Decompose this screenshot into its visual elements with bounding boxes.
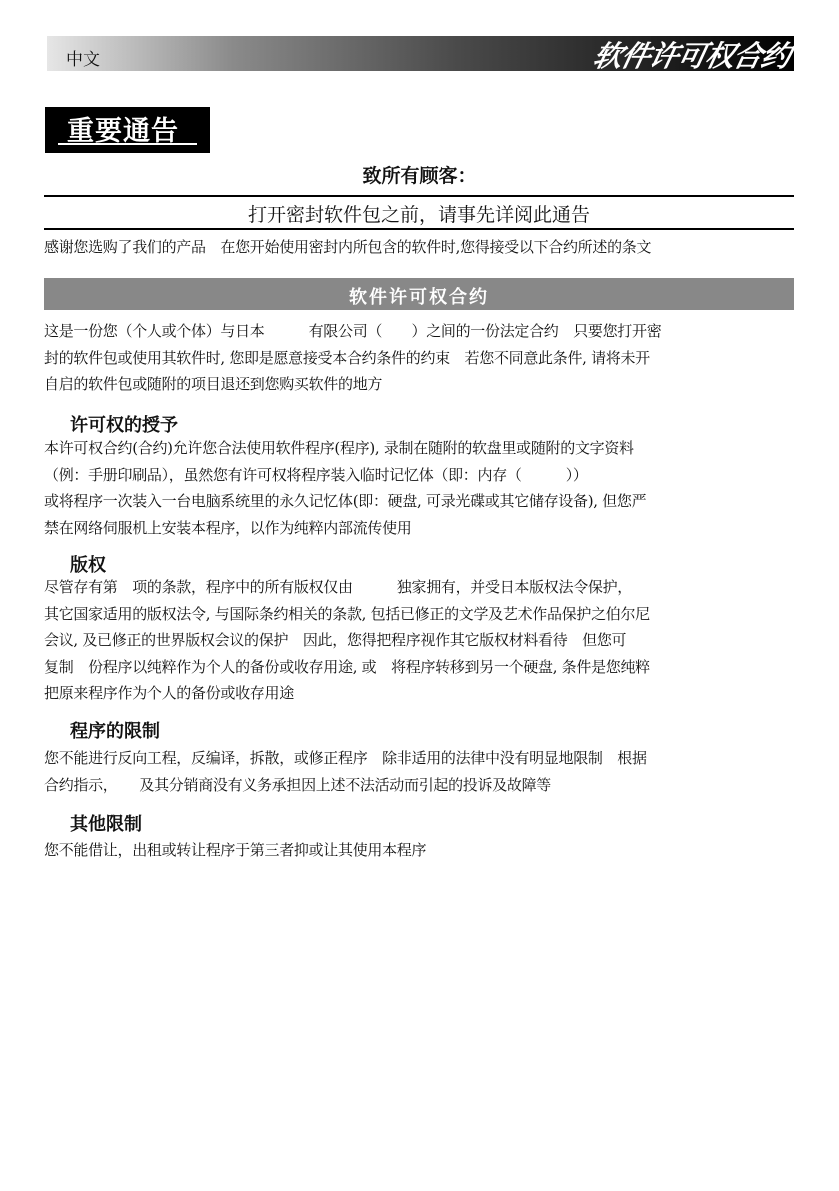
agreement-title: 软件许可权合约 <box>44 283 794 309</box>
section-body-other-restrictions: 您不能借让，出租或转让程序于第三者抑或让其使用本程序 <box>44 837 796 864</box>
text-line: 这是一份您（个人或个体）与日本 有限公司（ ）之间的一份法定合约 只要您打开密 <box>44 318 796 345</box>
section-body-license-grant: 本许可权合约(合约)允许您合法使用软件程序(程序), 录制在随附的软盘里或随附的… <box>44 435 796 541</box>
section-title-license-grant: 许可权的授予 <box>70 411 178 437</box>
text-line: 封的软件包或使用其软件时, 您即是愿意接受本合约条件的约束 若您不同意此条件, … <box>44 345 796 372</box>
header-bar: 中文 软件许可权合约 <box>47 36 794 71</box>
text-line: 或将程序一次装入一台电脑系统里的永久记忆体(即：硬盘, 可录光碟或其它储存设备)… <box>44 488 796 515</box>
section-body-copyright: 尽管存有第 项的条款，程序中的所有版权仅由 独家拥有，并受日本版权法令保护， 其… <box>44 574 796 707</box>
intro-paragraph: 这是一份您（个人或个体）与日本 有限公司（ ）之间的一份法定合约 只要您打开密 … <box>44 318 796 398</box>
text-line: 复制 份程序以纯粹作为个人的备份或收存用途, 或 将程序转移到另一个硬盘, 条件… <box>44 654 796 681</box>
section-body-program-restrictions: 您不能进行反向工程，反编译，拆散，或修正程序 除非适用的法律中没有明显地限制 根… <box>44 745 796 798</box>
notice-underline <box>58 143 197 145</box>
text-line: 其它国家适用的版权法令, 与国际条约相关的条款, 包括已修正的文学及艺术作品保护… <box>44 601 796 628</box>
section-title-program-restrictions: 程序的限制 <box>70 717 160 743</box>
notice-subheading: 打开密封软件包之前，请事先详阅此通告 <box>44 200 794 227</box>
agreement-title-band: 软件许可权合约 <box>44 278 794 310</box>
text-line: 自启的软件包或随附的项目退还到您购买软件的地方 <box>44 371 796 398</box>
text-line: 本许可权合约(合约)允许您合法使用软件程序(程序), 录制在随附的软盘里或随附的… <box>44 435 796 462</box>
top-rule <box>44 195 794 197</box>
text-line: 您不能借让，出租或转让程序于第三者抑或让其使用本程序 <box>44 837 796 864</box>
text-line: 会议, 及已修正的世界版权会议的保护 因此，您得把程序视作其它版权材料看待 但您… <box>44 627 796 654</box>
thanks-line: 感谢您选购了我们的产品 在您开始使用密封内所包含的软件时,您得接受以下合约所述的… <box>44 236 651 257</box>
text-line: 禁在网络伺服机上安装本程序，以作为纯粹内部流传使用 <box>44 515 796 542</box>
text-line: 把原来程序作为个人的备份或收存用途 <box>44 680 796 707</box>
text-line: 尽管存有第 项的条款，程序中的所有版权仅由 独家拥有，并受日本版权法令保护， <box>44 574 796 601</box>
section-title-other-restrictions: 其他限制 <box>70 810 142 836</box>
text-line: 您不能进行反向工程，反编译，拆散，或修正程序 除非适用的法律中没有明显地限制 根… <box>44 745 796 772</box>
header-title: 软件许可权合约 <box>590 34 795 75</box>
language-label: 中文 <box>66 45 100 70</box>
text-line: （例：手册印刷品），虽然您有许可权将程序装入临时记忆体（即：内存（ ）） <box>44 462 796 489</box>
important-notice-badge: 重要通告 <box>45 107 210 153</box>
text-line: 合约指示， 及其分销商没有义务承担因上述不法活动而引起的投诉及故障等 <box>44 772 796 799</box>
to-customers-heading: 致所有顾客： <box>0 161 839 188</box>
bottom-rule <box>44 228 794 230</box>
